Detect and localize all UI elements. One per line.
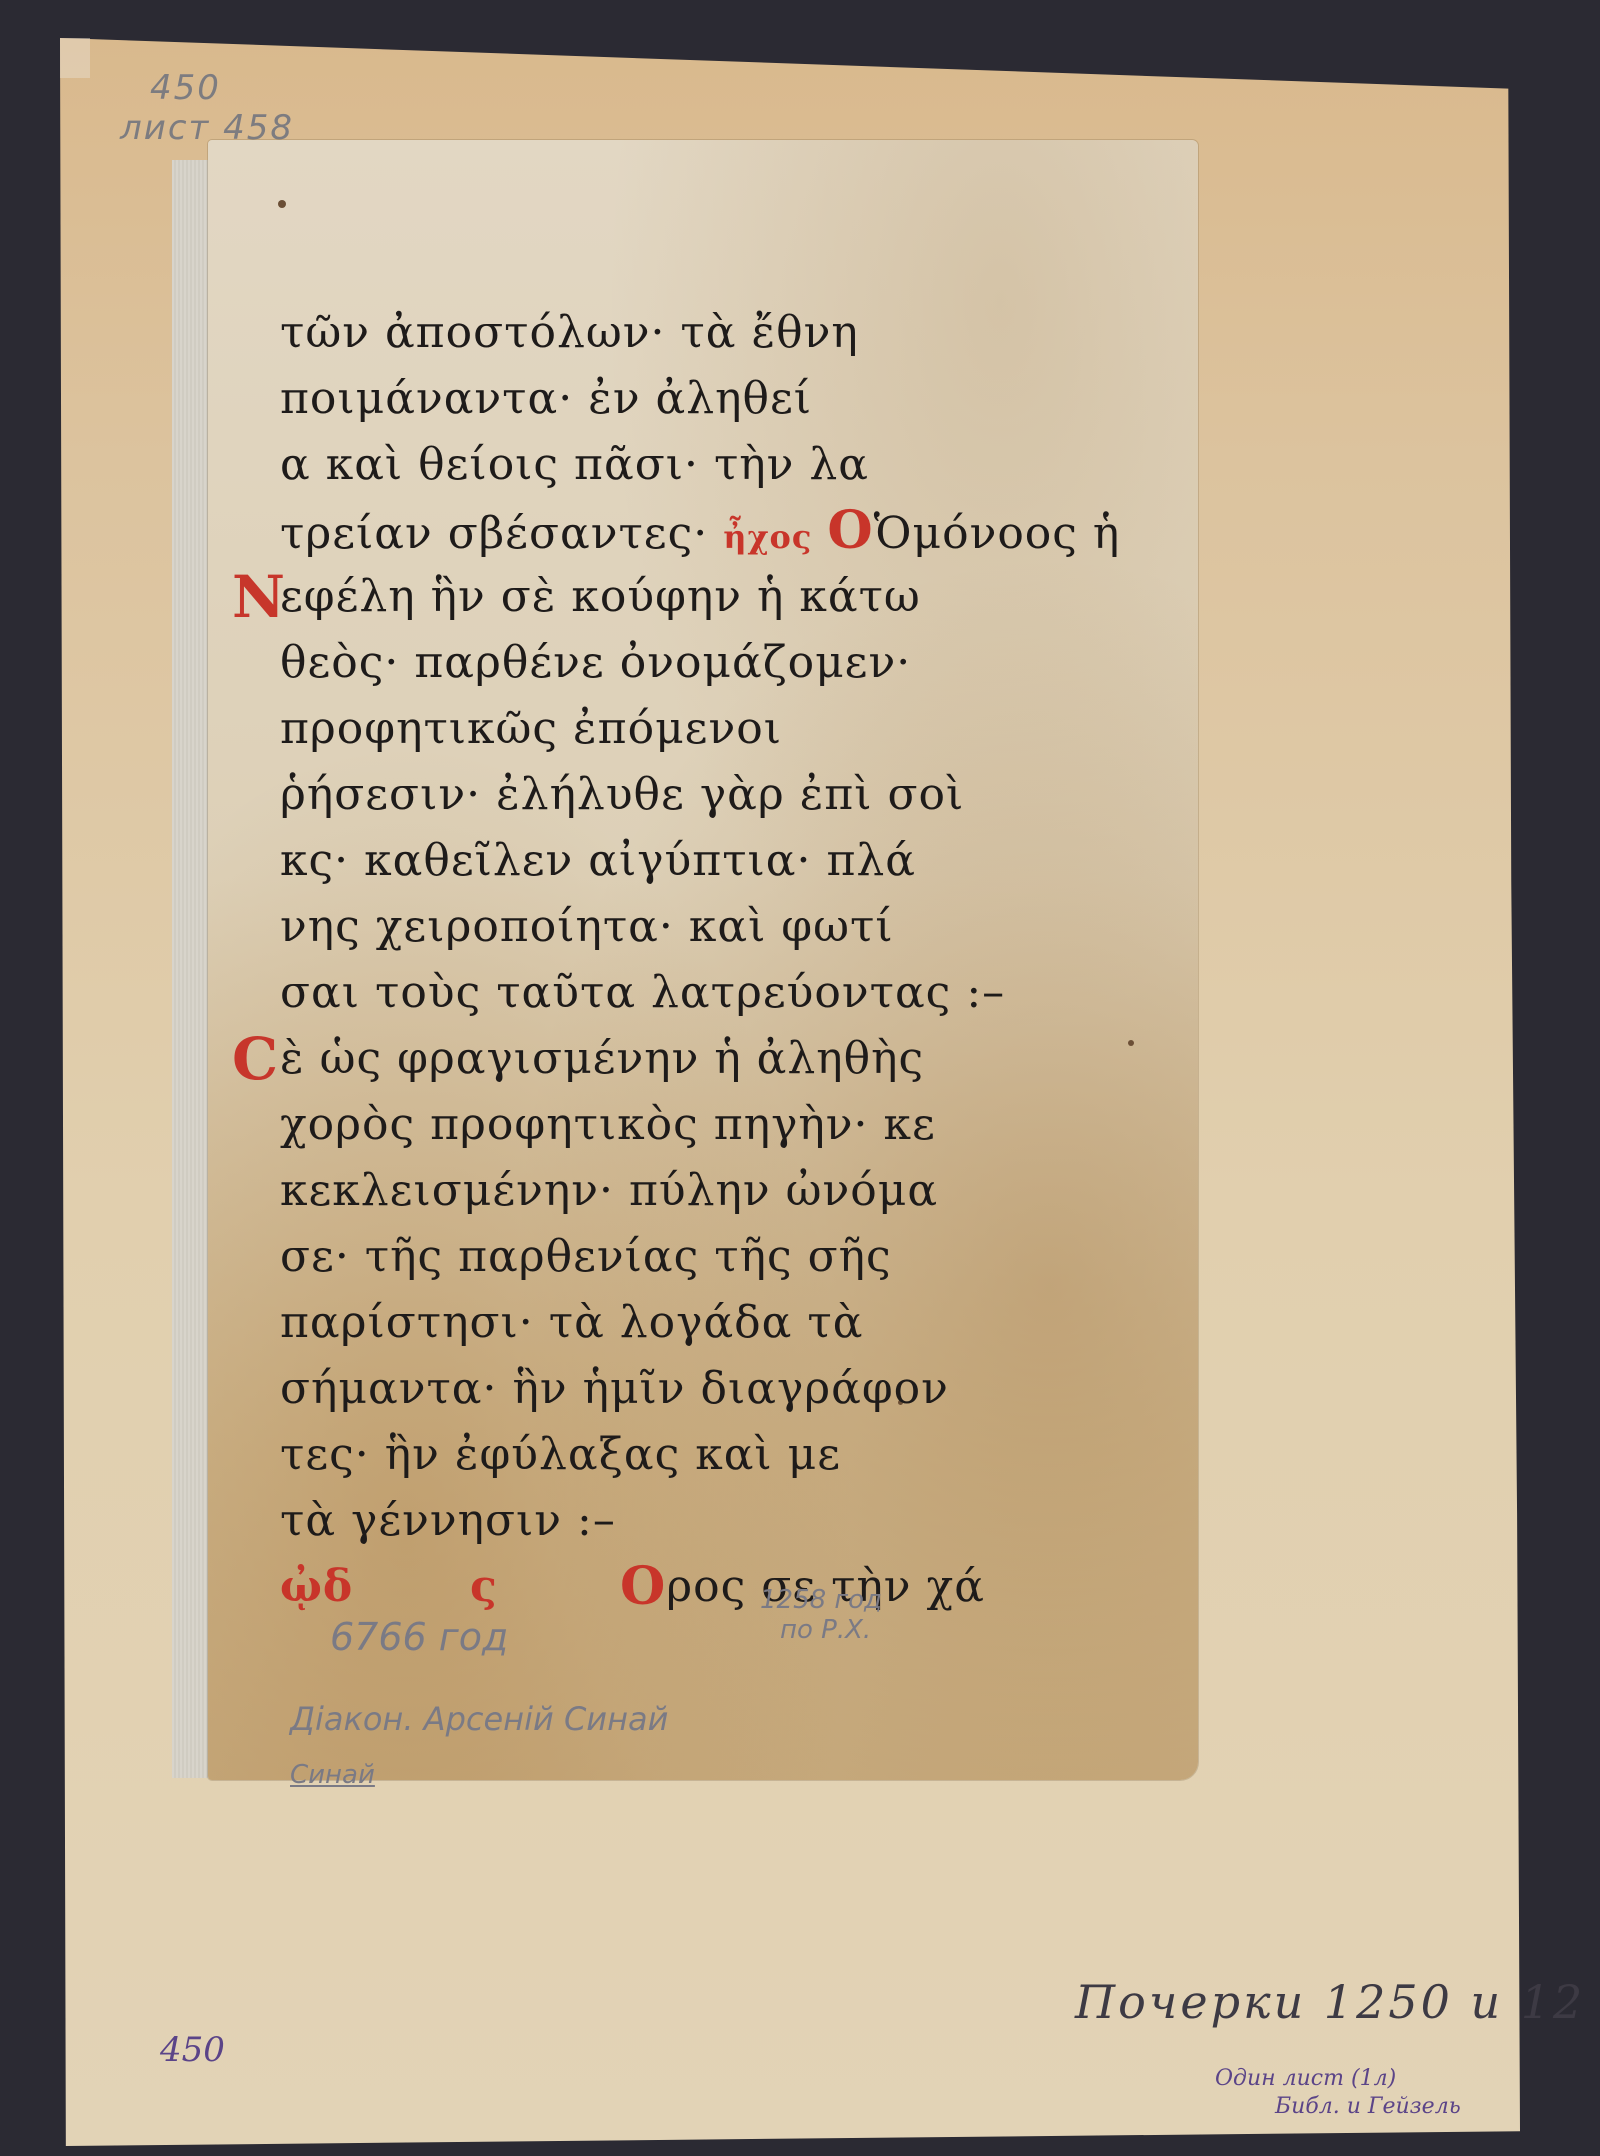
text-line: α καὶ θείοις πᾶσι· τὴν λα [280,432,1080,498]
text-line: κεκλεισμένην· πύλην ὠνόμα [280,1158,1080,1224]
text-segment: ὲ ὡς φραγισμένην ἡ ἀληθὴς [280,1033,924,1084]
date-note-ad-era: по Р.Х. [760,1615,882,1645]
text-line: σήμαντα· ἣν ἡμῖν διαγράφον [280,1356,1080,1422]
text-line: παρίστησι· τὰ λογάδα τὰ [280,1290,1080,1356]
text-line: τῶν ἀποστόλων· τὰ ἔθνη [280,300,1080,366]
date-note-ad-year: 1258 год [760,1585,882,1615]
red-initial-s: C [232,1026,279,1092]
text-segment: τρείαν σβέσαντες· [280,508,708,559]
text-line: σε· τῆς παρθενίας τῆς σῆς [280,1224,1080,1290]
folio-text-block: τῶν ἀποστόλων· τὰ ἔθνη ποιμάναντα· ἐν ἀλ… [280,300,1080,1620]
library-note: Библ. и Гейзель [1215,2093,1461,2121]
text-line: ποιμάναντα· ἐν ἀληθεί [280,366,1080,432]
rubric-echos: ἦχος [723,518,812,556]
shelfmark-note: 450 лист 458 [120,68,294,148]
text-segment: Ὁμόνοος ἡ [874,508,1121,559]
stain-spot [1128,1040,1134,1046]
shelfmark-number: 450 [120,68,294,108]
text-line: τὰ γέννησιν :– [280,1488,1080,1554]
text-line: κς· καθεῖλεν αἰγύπτια· πλά [280,828,1080,894]
red-initial-n: Ν [232,564,286,630]
text-line: σαι τοὺς ταῦτα λατρεύοντας :– [280,960,1080,1026]
text-line: θεὸς· παρθένε ὀνομάζομεν· [280,630,1080,696]
hands-note: Почерки 1250 и 12 [1075,1975,1585,2029]
rubric-ode-number: ς [470,1554,620,1620]
text-line-with-initial: C ὲ ὡς φραγισμένην ἡ ἀληθὴς [280,1026,1080,1092]
text-line-with-rubric: τρείαν σβέσαντες· ἦχος ΟὉμόνοος ἡ [280,498,1080,564]
rubric-initial: Ο [827,500,873,561]
place-note: Синай [290,1760,375,1790]
leaf-count: Один лист (1л) [1215,2065,1461,2093]
date-note-ad: 1258 год по Р.Х. [760,1585,882,1645]
scribe-note: Діакон. Арсеній Синай [290,1700,668,1738]
inventory-number: 450 [160,2030,225,2070]
stain-spot [278,200,286,208]
text-line: χορὸς προφητικὸς πηγὴν· κε [280,1092,1080,1158]
text-line: νης χειροποίητα· καὶ φωτί [280,894,1080,960]
rubric-initial: Ο [620,1554,666,1620]
date-note-am: 6766 год [330,1615,508,1659]
text-line: προφητικῶς ἐπόμενοι [280,696,1080,762]
rubric-ode: ᾠδ [280,1554,470,1620]
text-segment: εφέλη ἣν σὲ κούφην ἡ κάτω [280,571,921,622]
leaf-count-note: Один лист (1л) Библ. и Гейзель [1215,2065,1461,2121]
text-line: τες· ἣν ἐφύλαξας καὶ με [280,1422,1080,1488]
text-line-with-initial: Ν εφέλη ἣν σὲ κούφην ἡ κάτω [280,564,1080,630]
final-rubric-line: ᾠδ ς Ο ρος σε τὴν χά [280,1554,1080,1620]
text-line: ῥήσεσιν· ἐλήλυθε γὰρ ἐπὶ σοὶ [280,762,1080,828]
mount-corner-wear [60,38,90,78]
